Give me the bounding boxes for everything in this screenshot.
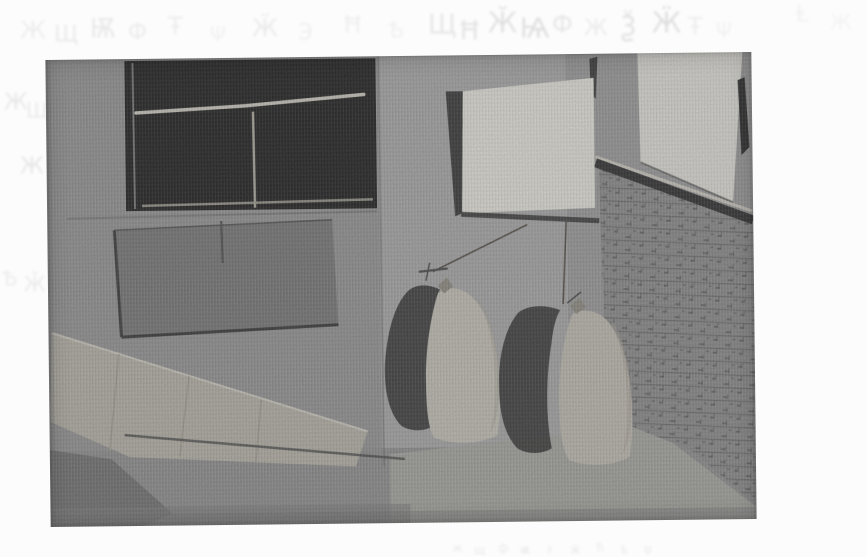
ghost-glyph: Щ (54, 23, 78, 46)
ghost-glyph: Ѩ (520, 15, 550, 42)
ghost-glyph: Ѭ (90, 15, 116, 41)
ghost-glyph: Щ (428, 11, 456, 38)
book-page: ЖЩѬФŦΨӜЭĦѢЩĦӁѨФЖѮӜŦΨⱠЖЖЩЖѢӁжщфѭэӝħѣψ (0, 0, 867, 557)
ghost-glyph: Ж (4, 91, 28, 114)
grain-light-layer (45, 52, 756, 527)
ghost-glyph: Ѣ (388, 19, 404, 41)
ghost-glyph: ѭ (520, 544, 530, 557)
ghost-glyph: ψ (644, 543, 652, 556)
ghost-glyph: щ (474, 544, 485, 557)
ghost-glyph: Ŧ (688, 15, 702, 39)
ghost-glyph: Ф (552, 11, 573, 36)
ghost-glyph: ħ (596, 542, 604, 555)
ghost-glyph: ж (452, 542, 463, 555)
ghost-glyph: Ѯ (620, 13, 637, 40)
ghost-glyph: Ӝ (252, 15, 278, 40)
ghost-glyph: ф (498, 542, 508, 555)
ghost-glyph: Ⱡ (796, 3, 808, 26)
ghost-glyph: Ħ (342, 13, 363, 37)
ghost-glyph: Ӂ (24, 274, 46, 295)
ghost-glyph: Ψ (716, 20, 732, 41)
ghost-glyph: Ŧ (168, 13, 183, 38)
ghost-glyph: Ж (830, 12, 852, 33)
ghost-glyph: Ж (20, 155, 44, 178)
ghost-glyph: э (546, 543, 553, 556)
ghost-glyph: ӝ (570, 544, 581, 557)
ghost-glyph: Щ (26, 100, 48, 121)
ghost-glyph: Ħ (458, 17, 481, 43)
ghost-glyph: Э (298, 21, 313, 43)
ghost-glyph: Ѣ (2, 268, 17, 289)
ghost-glyph: Ӝ (652, 9, 681, 37)
ghost-glyph: ѣ (620, 544, 628, 557)
photo-canvas (45, 52, 756, 527)
ghost-glyph: Ψ (210, 24, 226, 45)
ghost-glyph: Ф (128, 21, 147, 44)
ghost-glyph: Ж (20, 17, 46, 42)
ghost-glyph: Ж (584, 17, 608, 40)
photograph (45, 52, 756, 527)
ghost-glyph: Ӂ (488, 9, 517, 37)
